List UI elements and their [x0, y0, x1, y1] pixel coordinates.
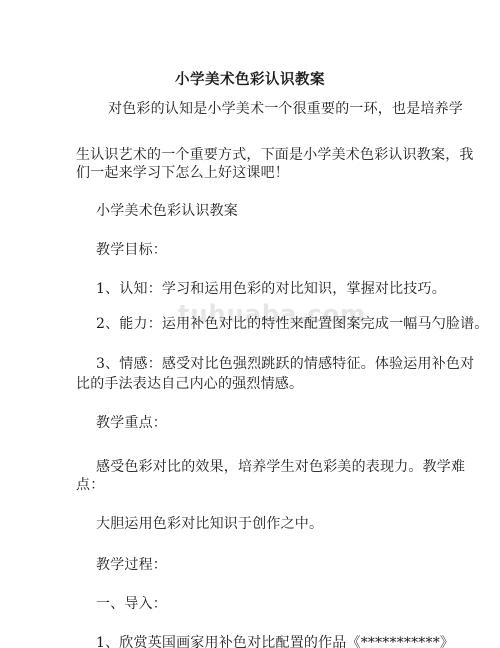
intro-line-1: 对色彩的认知是小学美术一个很重要的一环，也是培养学: [108, 100, 463, 118]
intro-line-3: 们一起来学习下怎么上好这课吧！: [76, 164, 289, 182]
objective-ability: 2、能力：运用补色对比的特性来配置图案完成一幅马勺脸谱。: [96, 315, 489, 333]
objective-cognition: 1、认知：学习和运用色彩的对比知识，掌握对比技巧。: [96, 280, 446, 298]
intro-step-heading: 一、导入：: [96, 595, 167, 613]
objective-emotion-line-1: 3、情感：感受对比色强烈跳跃的情感特征。体验运用补色对: [96, 355, 474, 373]
difficulty-text: 大胆运用色彩对比知识于创作之中。: [96, 515, 323, 533]
intro-step-1: 1、欣赏英国画家用补色对比配置的作品《***********》: [96, 634, 454, 648]
key-points-line-2: 点：: [76, 476, 104, 494]
objective-emotion-line-2: 比的手法表达自己内心的强烈情感。: [76, 375, 303, 393]
key-points-heading: 教学重点：: [96, 414, 167, 432]
process-heading: 教学过程：: [96, 556, 167, 574]
document-title: 小学美术色彩认识教案: [0, 68, 500, 89]
document-page: tuhuaba.com 小学美术色彩认识教案 对色彩的认知是小学美术一个很重要的…: [0, 0, 500, 648]
section-heading: 小学美术色彩认识教案: [96, 202, 238, 220]
key-points-line-1: 感受色彩对比的效果，培养学生对色彩美的表现力。教学难: [96, 458, 465, 476]
objectives-heading: 教学目标：: [96, 241, 167, 259]
intro-line-2: 生认识艺术的一个重要方式，下面是小学美术色彩认识教案，我: [76, 146, 474, 164]
